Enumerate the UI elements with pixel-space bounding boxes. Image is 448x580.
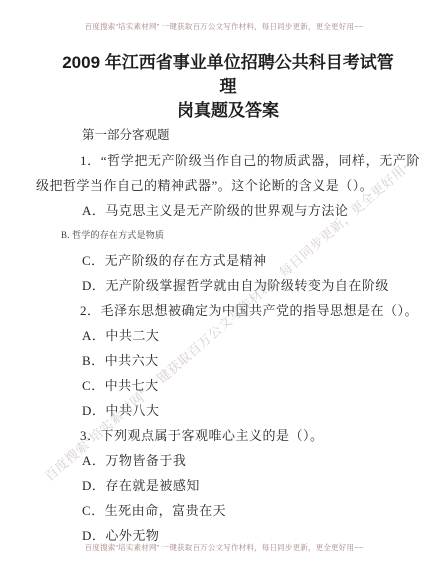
option-row: D．中共八大 [82,398,420,423]
footer-note: 百度搜索“培实素材网” 一键获取百万公文写作材料，每日同步更新，更全更好用~~ [0,542,448,553]
title-line-2: 岗真题及答案 [177,101,279,120]
option-row: C．生死由命，富贵在天 [82,498,420,523]
question-stem: 3．下列观点属于客观唯心主义的是（）。 [36,423,420,448]
section-heading: 第一部分客观题 [82,123,420,148]
question-stem: 1．“哲学把无产阶级当作自己的物质武器，同样，无产阶级把哲学当作自己的精神武器”… [36,148,420,198]
option-row: C．中共七大 [82,373,420,398]
option-row: A．中共二大 [82,323,420,348]
option-row: D．存在就是被感知 [82,473,420,498]
option-row: B. 哲学的存在方式是物质 [61,223,420,248]
option-row: C．无产阶级的存在方式是精神 [82,248,420,273]
option-row: B．中共六大 [82,348,420,373]
document-content: 2009 年江西省事业单位招聘公共科目考试管理 岗真题及答案 第一部分客观题 1… [0,0,448,548]
page-title: 2009 年江西省事业单位招聘公共科目考试管理 岗真题及答案 [54,51,402,123]
option-row: A．万物皆备于我 [82,448,420,473]
document-page: 百度搜索“培实素材网” 一键获取百万公文写作材料，每日同步更新，更全更好用~~ … [0,0,448,580]
option-row: A．马克思主义是无产阶级的世界观与方法论 [82,198,420,223]
title-line-1: 2009 年江西省事业单位招聘公共科目考试管理 [62,53,394,96]
question-stem: 2．毛泽东思想被确定为中国共产党的指导思想是在（）。 [36,298,420,323]
question-list: 1．“哲学把无产阶级当作自己的物质武器，同样，无产阶级把哲学当作自己的精神武器”… [36,148,420,548]
option-row: D．无产阶级掌握哲学就由自为阶级转变为自在阶级 [82,273,420,298]
